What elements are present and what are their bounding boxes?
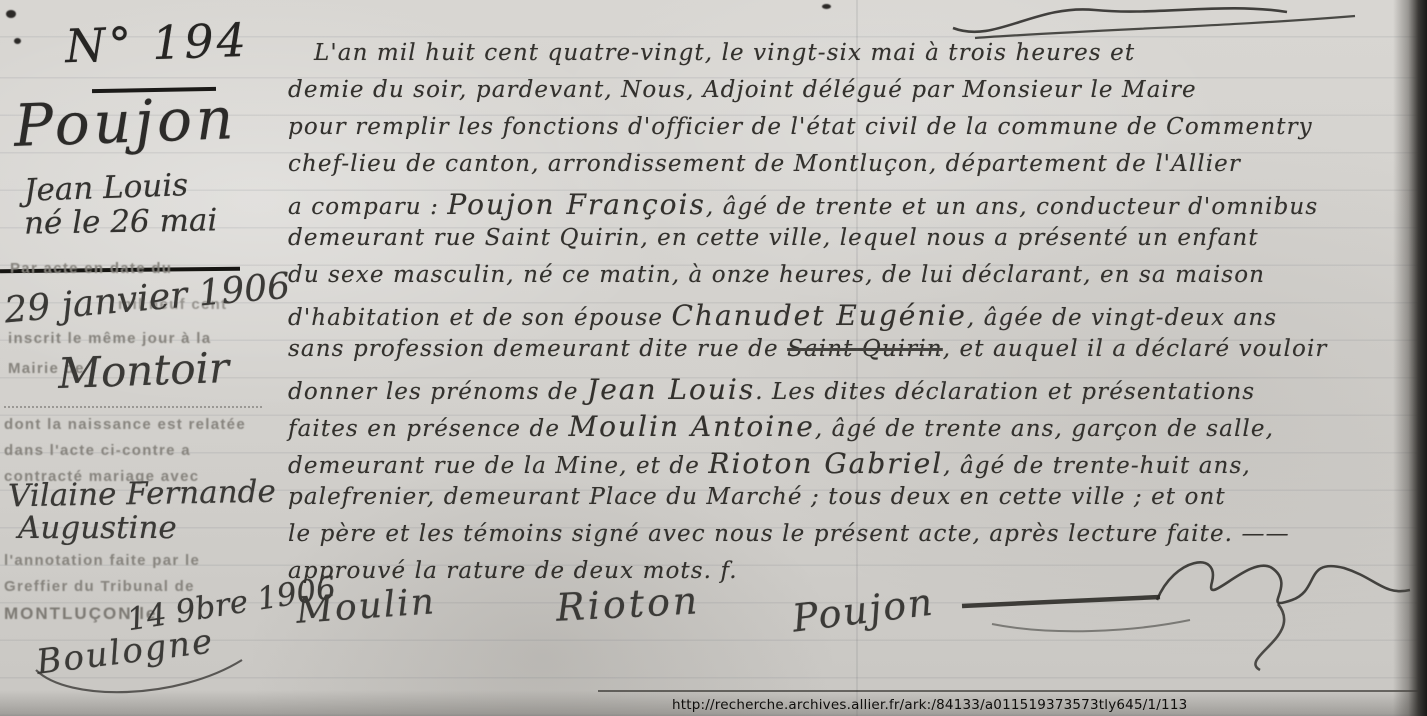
act-text-segment: Chanudet Eugénie (671, 299, 966, 332)
hand-marriage-place: Montoir (57, 343, 230, 398)
act-text-segment: sans profession demeurant dite rue de (288, 336, 787, 362)
mention-dotted-rule (4, 406, 262, 408)
witness-signature-rioton: Rioton (555, 578, 701, 629)
struck-words: Saint Quirin (787, 336, 943, 362)
act-text-segment: d'habitation et de son épouse (288, 305, 671, 331)
act-text-block: L'an mil huit cent quatre-vingt, le ving… (288, 40, 1410, 595)
act-text-segment: . Les dites déclaration et présentations (755, 379, 1255, 405)
scanned-register-page: { "margin": { "act_number": "N° 194", "s… (0, 0, 1427, 716)
act-text-segment: , âgé de trente-huit ans, (943, 453, 1251, 479)
act-text-segment: palefrenier, demeurant Place du Marché ;… (288, 484, 1226, 510)
act-text-segment: Poujon François (447, 188, 705, 221)
act-text-segment: du sexe masculin, né ce matin, à onze he… (288, 262, 1265, 288)
witness-signature-moulin: Moulin (295, 581, 437, 632)
act-text-segment: demie du soir, pardevant, Nous, Adjoint … (288, 77, 1197, 103)
stamp-par-acte: Par acte en date du (10, 260, 172, 277)
act-line: demie du soir, pardevant, Nous, Adjoint … (288, 77, 1410, 114)
act-line: a comparu : Poujon François, âgé de tren… (288, 188, 1410, 225)
stamp-naissance: dont la naissance est relatée (4, 416, 246, 433)
book-binding-shadow (1393, 0, 1427, 716)
hand-spouse-name-line2: Augustine (18, 510, 177, 546)
act-line: du sexe masculin, né ce matin, à onze he… (288, 262, 1410, 299)
act-text-segment: Jean Louis (587, 373, 755, 406)
act-line: faites en présence de Moulin Antoine, âg… (288, 410, 1410, 447)
scan-artifact-line (598, 690, 1427, 692)
act-text-segment: L'an mil huit cent quatre-vingt, le ving… (314, 40, 1135, 66)
act-number: N° 194 (51, 12, 263, 73)
act-line: donner les prénoms de Jean Louis. Les di… (288, 373, 1410, 410)
act-line: d'habitation et de son épouse Chanudet E… (288, 299, 1410, 336)
act-text-segment: , âgée de vingt-deux ans (967, 305, 1277, 331)
stamp-annotation: l'annotation faite par le (4, 552, 200, 569)
act-text-segment: , âgé de trente ans, garçon de salle, (815, 416, 1274, 442)
act-line: pour remplir les fonctions d'officier de… (288, 114, 1410, 151)
act-text-segment: chef-lieu de canton, arrondissement de M… (288, 151, 1241, 177)
act-text-segment: Rioton Gabriel (708, 447, 943, 480)
act-text-segment: a comparu : (288, 194, 447, 220)
act-line: demeurant rue Saint Quirin, en cette vil… (288, 225, 1410, 262)
margin-birth-note: né le 26 mai (24, 202, 218, 241)
act-text-segment: , âgé de trente et un ans, conducteur d'… (706, 194, 1318, 220)
act-line: sans profession demeurant dite rue de Sa… (288, 336, 1410, 373)
margin-column: N° 194 Poujon Jean Louis né le 26 mai Pa… (0, 0, 284, 716)
act-text-segment: demeurant rue Saint Quirin, en cette vil… (288, 225, 1259, 251)
hand-spouse-name-line1: Vilaine Fernande (8, 474, 276, 515)
act-text-segment: faites en présence de (288, 416, 569, 442)
act-line: chef-lieu de canton, arrondissement de M… (288, 151, 1410, 188)
act-text-segment: pour remplir les fonctions d'officier de… (288, 114, 1313, 140)
act-text-segment: le père et les témoins signé avec nous l… (288, 521, 1290, 547)
act-text-segment: , et auquel il a déclaré vouloir (943, 336, 1328, 362)
act-line: L'an mil huit cent quatre-vingt, le ving… (288, 40, 1410, 77)
ink-speck (822, 4, 831, 9)
act-text-segment: donner les prénoms de (288, 379, 587, 405)
stamp-acte-ci-contre: dans l'acte ci-contre a (4, 442, 191, 459)
stamp-greffier: Greffier du Tribunal de (4, 578, 195, 595)
archive-url: http://recherche.archives.allier.fr/ark:… (672, 697, 1187, 713)
act-line: palefrenier, demeurant Place du Marché ;… (288, 484, 1410, 521)
act-text-segment: Moulin Antoine (569, 410, 815, 443)
act-line: demeurant rue de la Mine, et de Rioton G… (288, 447, 1410, 484)
act-text-segment: demeurant rue de la Mine, et de (288, 453, 708, 479)
margin-surname: Poujon (13, 84, 238, 160)
act-line: le père et les témoins signé avec nous l… (288, 521, 1410, 558)
